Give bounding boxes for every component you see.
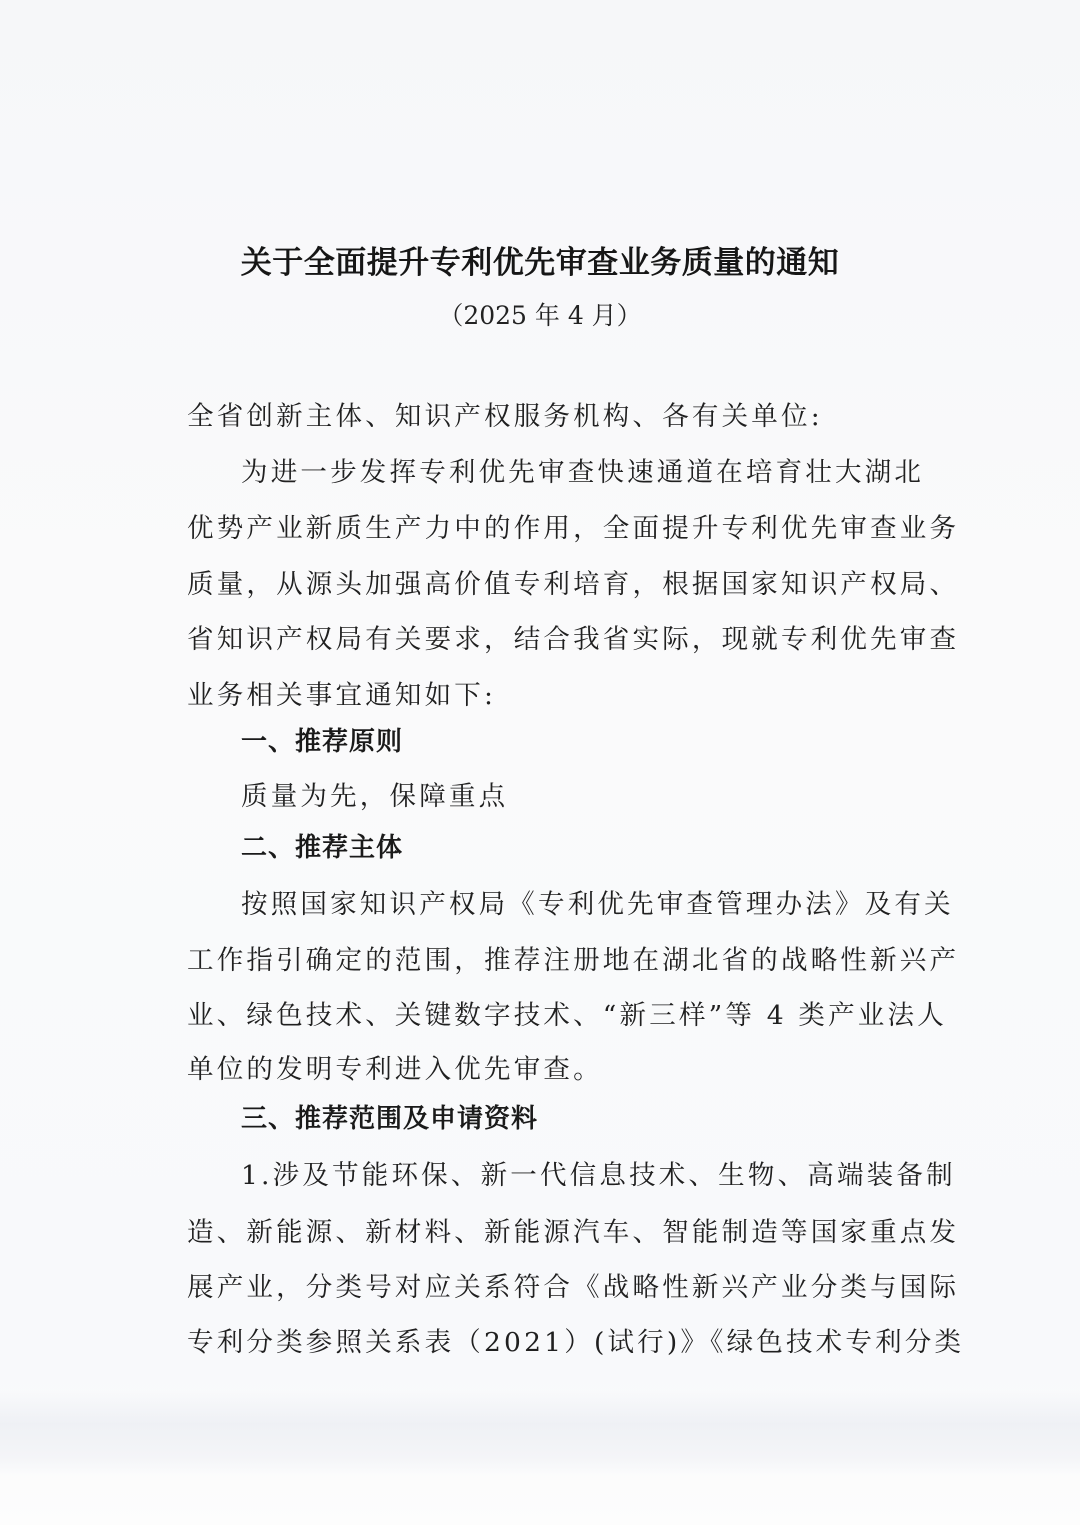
section-line: 按照国家知识产权局《专利优先审查管理办法》及有关 xyxy=(241,882,966,921)
intro-line: 质量，从源头加强高价值专利培育，根据国家知识产权局、 xyxy=(187,562,912,601)
section-line: 造、新能源、新材料、新能源汽车、智能制造等国家重点发 xyxy=(187,1210,912,1249)
document-date: （2025 年 4 月） xyxy=(0,296,1080,332)
section-heading-subject: 二、推荐主体 xyxy=(241,827,403,864)
salutation: 全省创新主体、知识产权服务机构、各有关单位: xyxy=(187,394,912,433)
section-line: 工作指引确定的范围，推荐注册地在湖北省的战略性新兴产 xyxy=(187,938,912,977)
section-line: 单位的发明专利进入优先审查。 xyxy=(187,1047,912,1086)
section-heading-principle: 一、推荐原则 xyxy=(241,721,403,758)
section-line: 质量为先，保障重点 xyxy=(241,774,966,813)
intro-line: 为进一步发挥专利优先审查快速通道在培育壮大湖北 xyxy=(241,450,966,489)
section-line: 专利分类参照关系表（2021）(试行)》《绿色技术专利分类 xyxy=(187,1320,912,1359)
document-title: 关于全面提升专利优先审查业务质量的通知 xyxy=(0,237,1080,282)
intro-line: 优势产业新质生产力中的作用，全面提升专利优先审查业务 xyxy=(187,506,912,545)
scan-shadow xyxy=(0,1390,1080,1475)
section-line: 1.涉及节能环保、新一代信息技术、生物、高端装备制 xyxy=(241,1153,966,1192)
intro-line: 省知识产权局有关要求，结合我省实际，现就专利优先审查 xyxy=(187,617,912,656)
section-line: 展产业，分类号对应关系符合《战略性新兴产业分类与国际 xyxy=(187,1265,912,1304)
section-line: 业、绿色技术、关键数字技术、“新三样”等 4 类产业法人 xyxy=(187,993,912,1032)
document-page: 关于全面提升专利优先审查业务质量的通知 （2025 年 4 月） 全省创新主体、… xyxy=(0,0,1080,1525)
section-heading-scope: 三、推荐范围及申请资料 xyxy=(241,1098,538,1135)
intro-line: 业务相关事宜通知如下: xyxy=(187,673,912,712)
